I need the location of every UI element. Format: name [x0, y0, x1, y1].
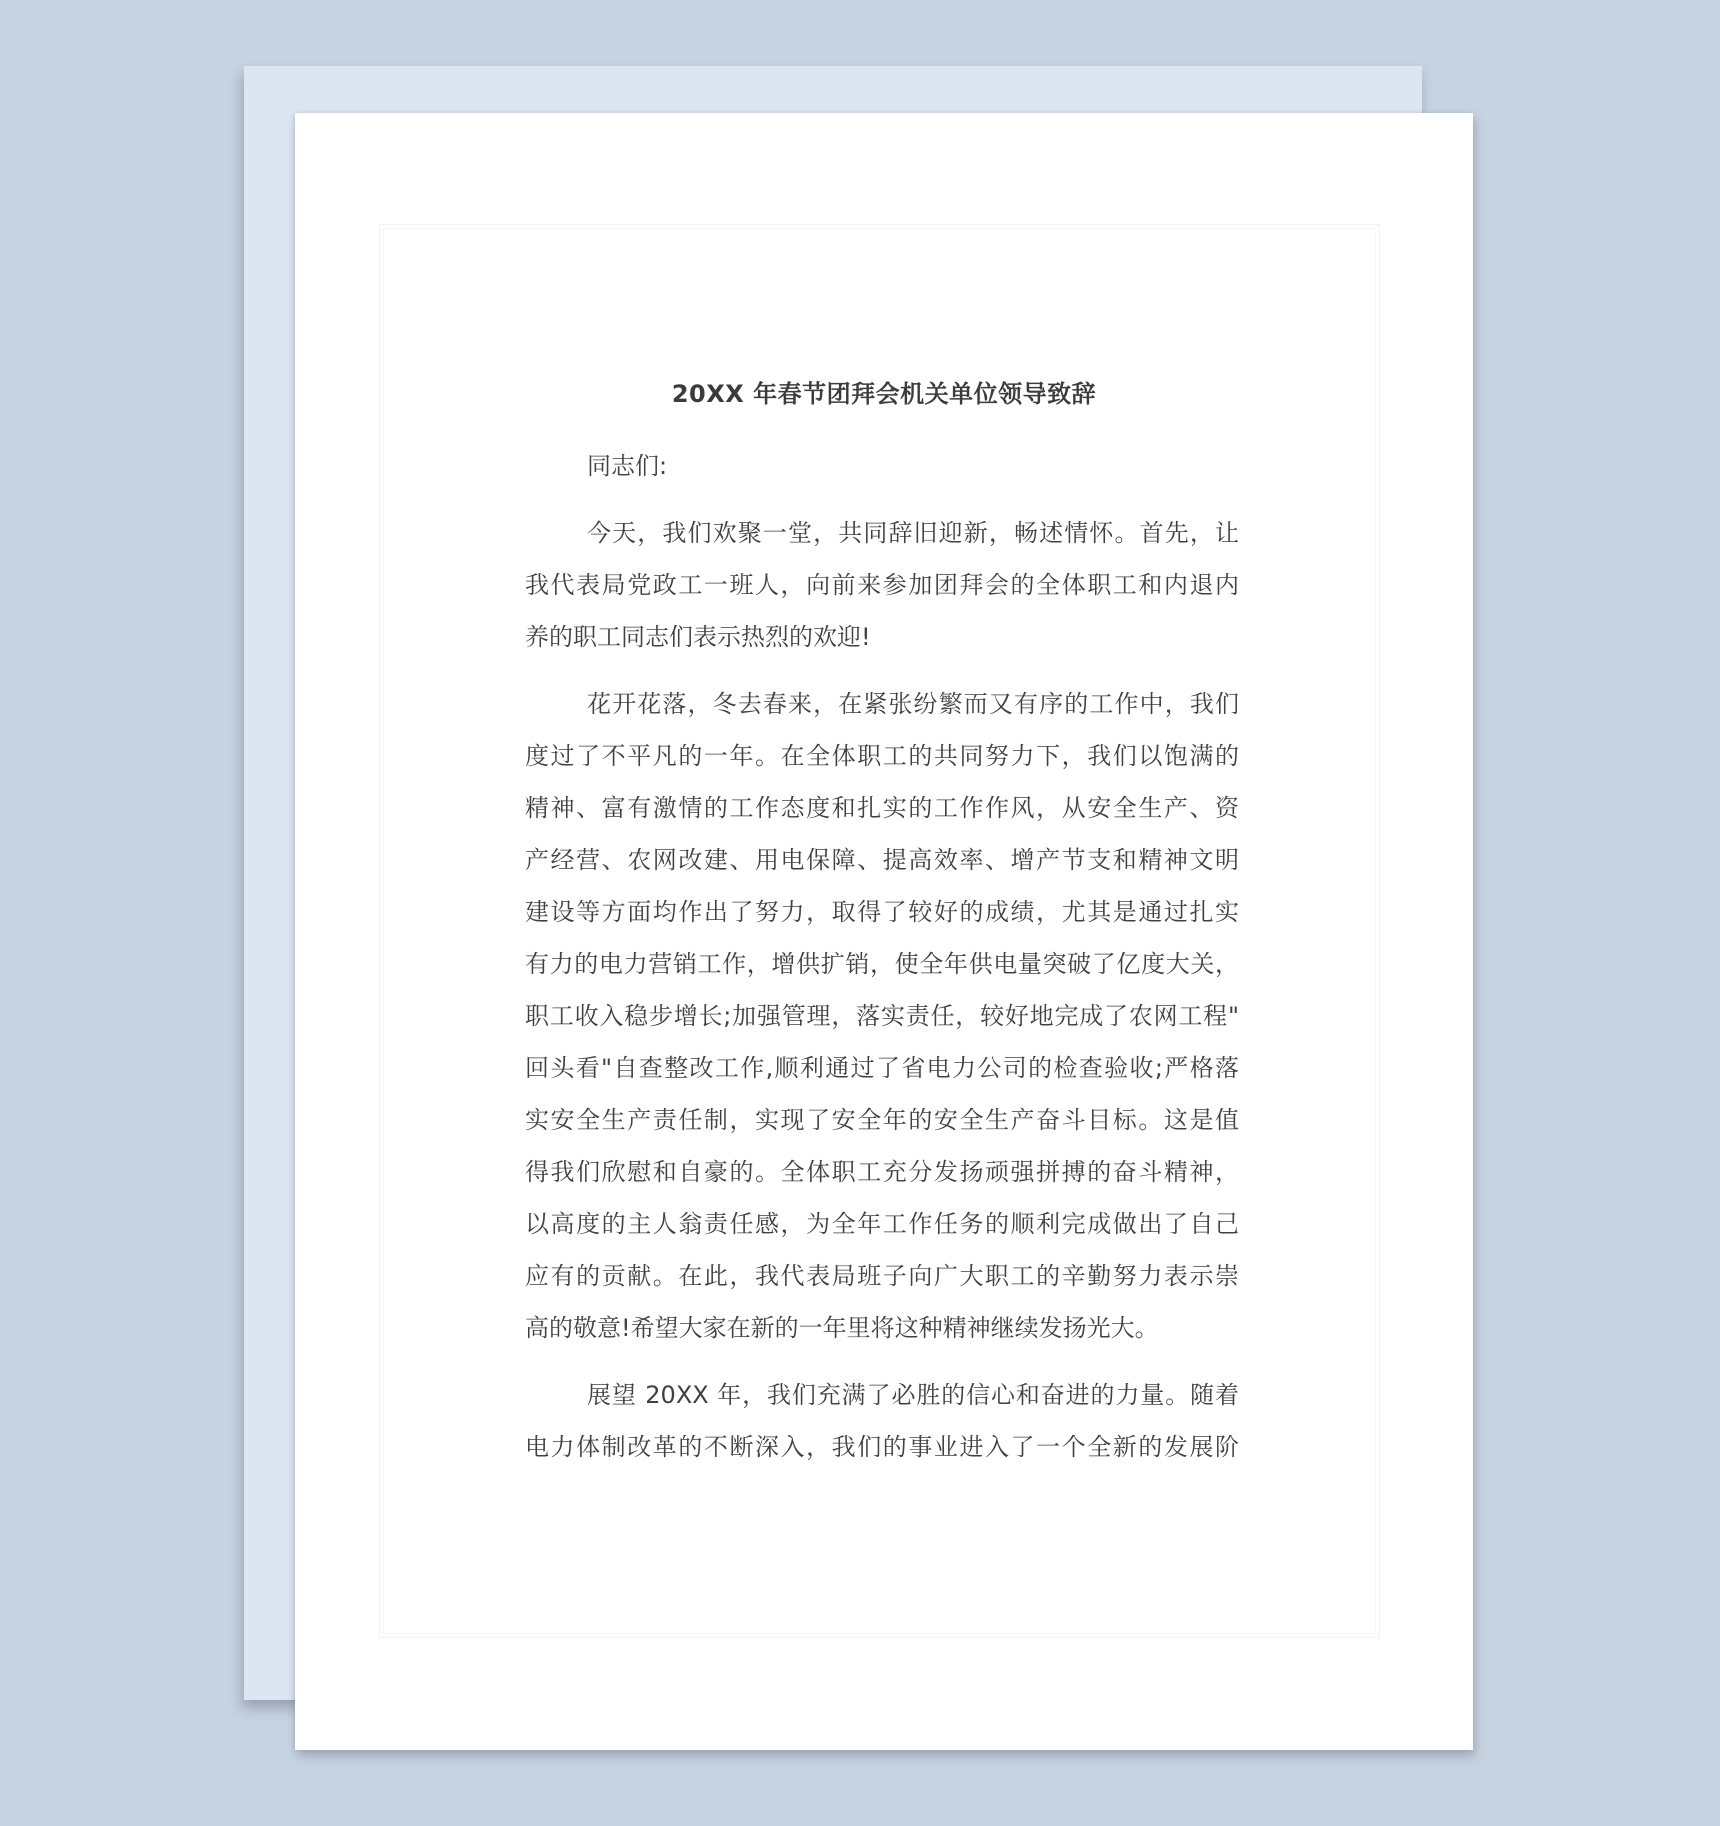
paragraph-line: 我代表局党政工一班人，向前来参加团拜会的全体职工和内退内	[525, 559, 1239, 611]
paragraph-line: 精神、富有激情的工作态度和扎实的工作作风，从安全生产、资	[525, 782, 1239, 834]
document-body: 同志们: 今天，我们欢聚一堂，共同辞旧迎新，畅述情怀。首先，让 我代表局党政工一…	[525, 440, 1239, 1488]
paragraph-line: 养的职工同志们表示热烈的欢迎!	[525, 611, 1239, 663]
front-page-sheet: 20XX 年春节团拜会机关单位领导致辞 同志们: 今天，我们欢聚一堂，共同辞旧迎…	[295, 113, 1473, 1750]
paragraph-line: 回头看"自查整改工作,顺利通过了省电力公司的检查验收;严格落	[525, 1042, 1239, 1094]
paragraph-line: 今天，我们欢聚一堂，共同辞旧迎新，畅述情怀。首先，让	[525, 507, 1239, 559]
paragraph-2: 花开花落，冬去春来，在紧张纷繁而又有序的工作中，我们 度过了不平凡的一年。在全体…	[525, 678, 1239, 1354]
paragraph-line: 职工收入稳步增长;加强管理，落实责任，较好地完成了农网工程"	[525, 990, 1239, 1042]
paragraph-line: 电力体制改革的不断深入，我们的事业进入了一个全新的发展阶	[525, 1421, 1239, 1473]
paragraph-line: 有力的电力营销工作，增供扩销，使全年供电量突破了亿度大关，	[525, 938, 1239, 990]
document-title: 20XX 年春节团拜会机关单位领导致辞	[295, 377, 1473, 411]
paragraph-line: 以高度的主人翁责任感，为全年工作任务的顺利完成做出了自己	[525, 1198, 1239, 1250]
salutation-paragraph: 同志们:	[525, 440, 1239, 492]
paragraph-line: 度过了不平凡的一年。在全体职工的共同努力下，我们以饱满的	[525, 730, 1239, 782]
paragraph-line: 建设等方面均作出了努力，取得了较好的成绩，尤其是通过扎实	[525, 886, 1239, 938]
paragraph-line: 实安全生产责任制，实现了安全年的安全生产奋斗目标。这是值	[525, 1094, 1239, 1146]
paragraph-1: 今天，我们欢聚一堂，共同辞旧迎新，畅述情怀。首先，让 我代表局党政工一班人，向前…	[525, 507, 1239, 663]
paragraph-line: 花开花落，冬去春来，在紧张纷繁而又有序的工作中，我们	[525, 678, 1239, 730]
paragraph-line: 高的敬意!希望大家在新的一年里将这种精神继续发扬光大。	[525, 1302, 1239, 1354]
paragraph-line: 得我们欣慰和自豪的。全体职工充分发扬顽强拼搏的奋斗精神，	[525, 1146, 1239, 1198]
paragraph-line: 产经营、农网改建、用电保障、提高效率、增产节支和精神文明	[525, 834, 1239, 886]
paragraph-line: 应有的贡献。在此，我代表局班子向广大职工的辛勤努力表示崇	[525, 1250, 1239, 1302]
paragraph-line: 展望 20XX 年，我们充满了必胜的信心和奋进的力量。随着	[525, 1369, 1239, 1421]
paragraph-3: 展望 20XX 年，我们充满了必胜的信心和奋进的力量。随着 电力体制改革的不断深…	[525, 1369, 1239, 1473]
salutation: 同志们:	[525, 440, 1239, 492]
